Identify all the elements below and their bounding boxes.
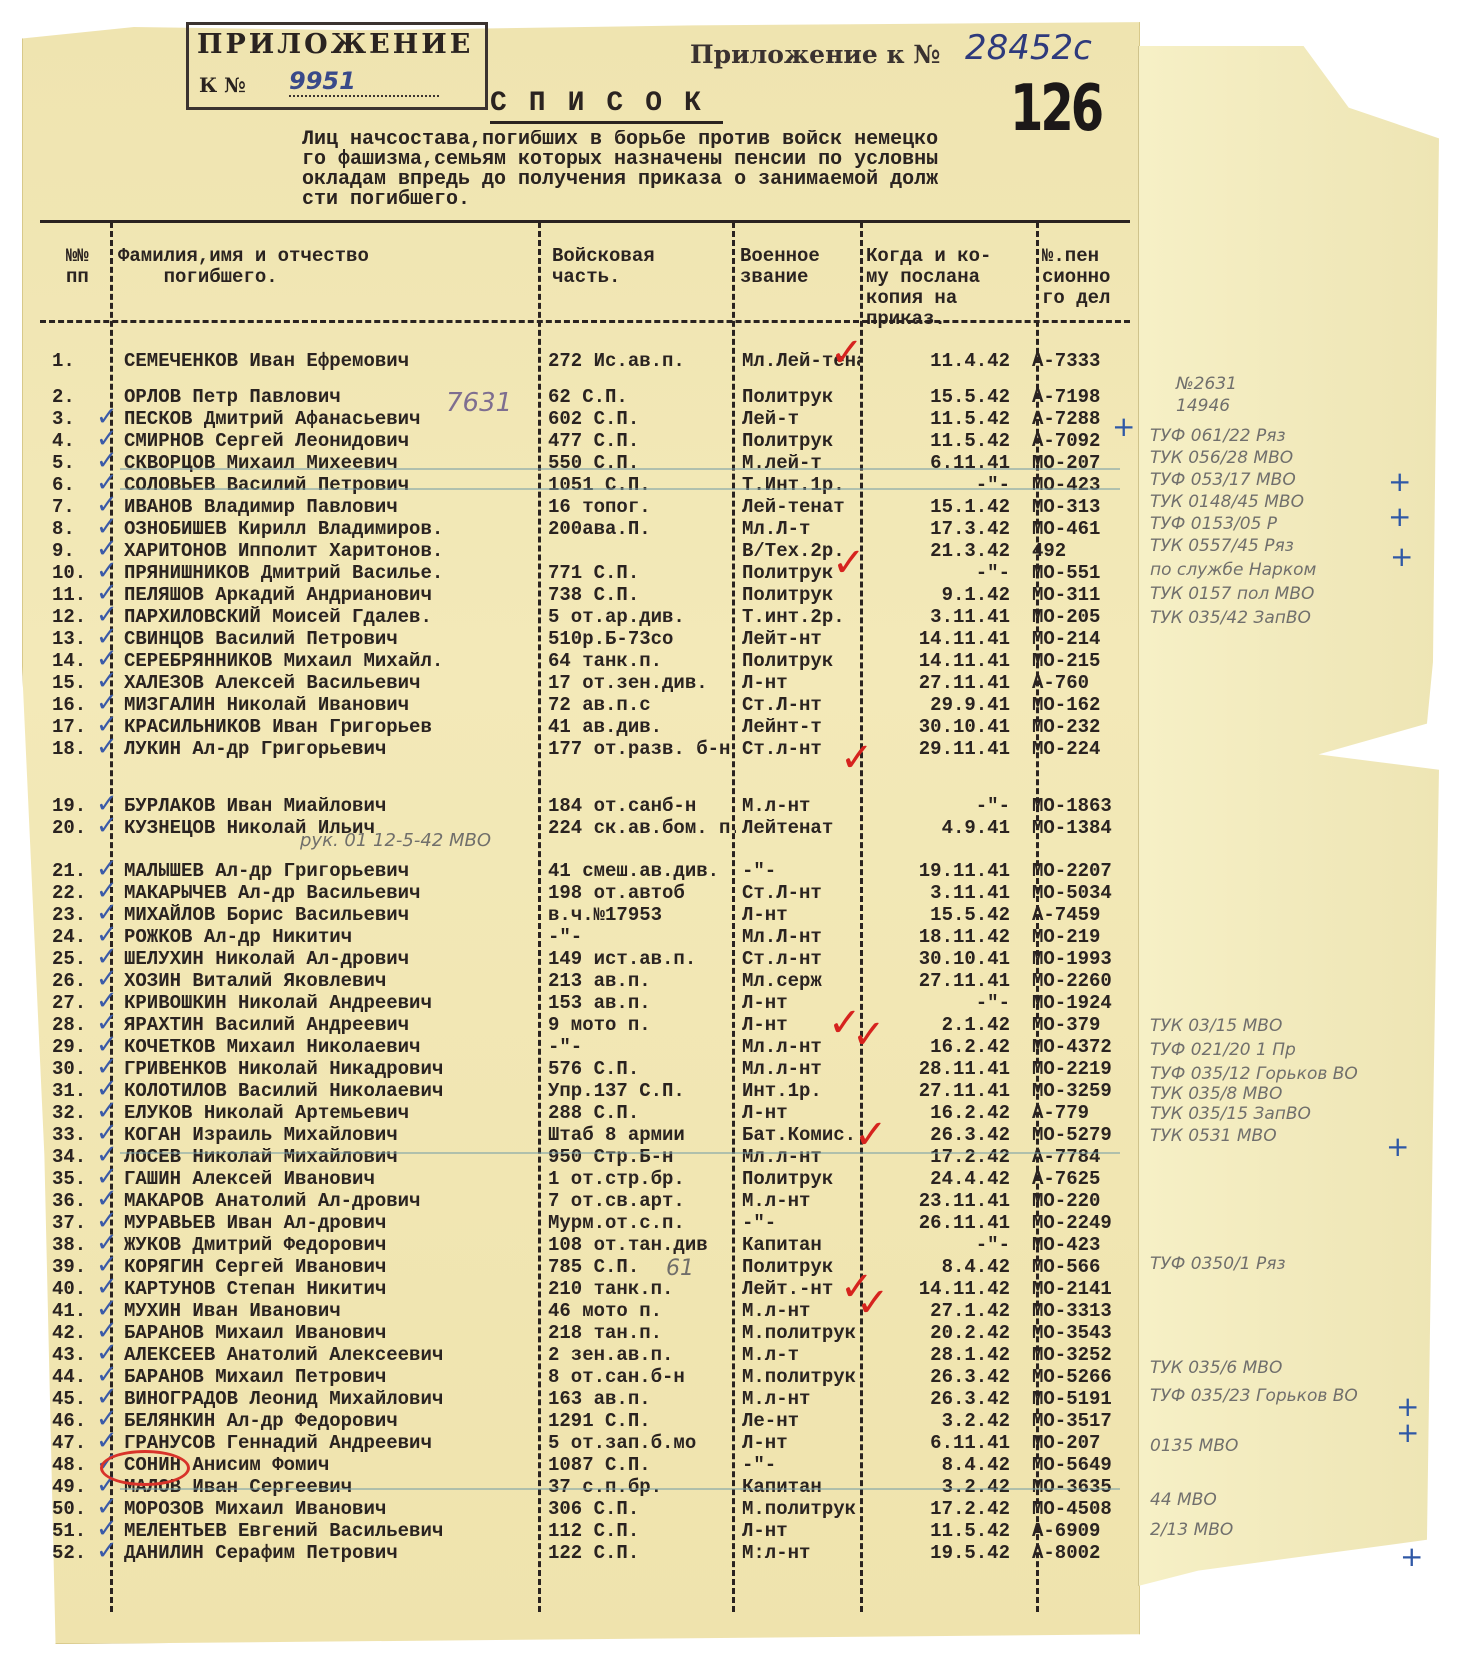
row-date: -"-	[864, 992, 1010, 1014]
row-unit: Мурм.от.с.п.	[548, 1212, 736, 1234]
row-rank: Л-нт	[742, 1432, 860, 1454]
row-unit: 62 С.П.	[548, 386, 736, 408]
row-unit: 785 С.П.	[548, 1256, 736, 1278]
row-date: 11.5.42	[864, 1520, 1010, 1542]
red-circle-annotation	[100, 1450, 190, 1486]
row-unit: 5 от.зап.б.мо	[548, 1432, 736, 1454]
row-date: 26.3.42	[864, 1366, 1010, 1388]
row-unit: 153 ав.п.	[548, 992, 736, 1014]
row-date: 24.4.42	[864, 1168, 1010, 1190]
header-no: №№ пп	[66, 246, 89, 288]
row-pension: МО-219	[1032, 926, 1140, 948]
row-pension: МО-232	[1032, 716, 1140, 738]
row-pension: МО-423	[1032, 1234, 1140, 1256]
row-date: 26.3.42	[864, 1388, 1010, 1410]
row-unit: 122 С.П.	[548, 1542, 736, 1564]
row-pension: МО-162	[1032, 694, 1140, 716]
row-date: 9.1.42	[864, 584, 1010, 606]
column-divider	[860, 222, 863, 1612]
row-pension: МО-2207	[1032, 860, 1140, 882]
row-date: 29.11.41	[864, 738, 1010, 760]
row-name: МАЛОВ Иван Сергеевич	[124, 1476, 542, 1498]
annex-number: 28452с	[965, 28, 1092, 68]
row-pension: МО-551	[1032, 562, 1140, 584]
row-date: 29.9.41	[864, 694, 1010, 716]
row-name: ИВАНОВ Владимир Павлович	[124, 496, 542, 518]
row-pension: МО-423	[1032, 474, 1140, 496]
row-name: КОГАН Израиль Михайлович	[124, 1124, 542, 1146]
row-date: 30.10.41	[864, 716, 1010, 738]
row-date: 11.4.42	[864, 350, 1010, 372]
row-rank: Т.Инт.1р.	[742, 474, 860, 496]
row-unit: 37 с.п.бр.	[548, 1476, 736, 1498]
row-date: 21.3.42	[864, 540, 1010, 562]
row-rank: Капитан	[742, 1234, 860, 1256]
row-rank: М.л-нт	[742, 1190, 860, 1212]
row-unit: 1051 С.П.	[548, 474, 736, 496]
row-unit: 272 Ис.ав.п.	[548, 350, 736, 372]
row-name: МАКАРОВ Анатолий Ал-дрович	[124, 1190, 542, 1212]
row-unit: 198 от.автоб	[548, 882, 736, 904]
row-date: 26.11.41	[864, 1212, 1010, 1234]
row-rank: М.л-т	[742, 1344, 860, 1366]
row-name: СМИРНОВ Сергей Леонидович	[124, 430, 542, 452]
row-rank: М.л-нт	[742, 795, 860, 817]
row-name: КРИВОШКИН Николай Андреевич	[124, 992, 542, 1014]
row-rank: Л-нт	[742, 672, 860, 694]
row-unit: 1087 С.П.	[548, 1454, 736, 1476]
row-pension: МО-3259	[1032, 1080, 1140, 1102]
row-date: 15.5.42	[864, 904, 1010, 926]
blue-check-icon: ✓	[96, 811, 118, 841]
row-pension: А-7333	[1032, 350, 1140, 372]
attached-note-strip	[1138, 46, 1439, 1586]
row-date: -"-	[864, 795, 1010, 817]
row-unit: 9 мото п.	[548, 1014, 736, 1036]
row-pension: МО-205	[1032, 606, 1140, 628]
row-rank: М:л-нт	[742, 1542, 860, 1564]
handwritten-note: ТУК 03/15 МВО	[1150, 1016, 1282, 1036]
row-name: МАКАРЫЧЕВ Ал-др Васильевич	[124, 882, 542, 904]
row-unit: 108 от.тан.див	[548, 1234, 736, 1256]
row-rank: Лей-тенат	[742, 496, 860, 518]
plus-mark-icon: +	[1390, 540, 1413, 573]
document-intro: Лиц начсостава,погибших в борьбе против …	[302, 130, 1122, 210]
row-unit: 64 танк.п.	[548, 650, 736, 672]
row-name: ЕЛУКОВ Николай Артемьевич	[124, 1102, 542, 1124]
row-unit: 224 ск.ав.бом. п.	[548, 817, 736, 839]
row-unit: 41 ав.див.	[548, 716, 736, 738]
row-name: ПАРХИЛОВСКИЙ Моисей Гдалев.	[124, 606, 542, 628]
row-pension: МО-3635	[1032, 1476, 1140, 1498]
row-unit: 46 мото п.	[548, 1300, 736, 1322]
row-unit: 163 ав.п.	[548, 1388, 736, 1410]
row-date: 17.3.42	[864, 518, 1010, 540]
row-rank: -"-	[742, 1212, 860, 1234]
row-unit: 306 С.П.	[548, 1498, 736, 1520]
row-date: 6.11.41	[864, 452, 1010, 474]
row-rank: Мл.серж	[742, 970, 860, 992]
row-date: 17.2.42	[864, 1498, 1010, 1520]
plus-mark-icon: +	[1112, 410, 1135, 443]
header-name: Фамилия,имя и отчество погибшего.	[118, 246, 369, 288]
row-rank: М.л-нт	[742, 1388, 860, 1410]
row-date: 16.2.42	[864, 1036, 1010, 1058]
handwritten-note: ТУК 035/15 ЗапВО	[1150, 1104, 1311, 1124]
row-name: ПЕЛЯШОВ Аркадий Андрианович	[124, 584, 542, 606]
row-rank: М.политрук	[742, 1322, 860, 1344]
row-pension: А-7459	[1032, 904, 1140, 926]
row-pension: МО-379	[1032, 1014, 1140, 1036]
pen-stroke	[120, 468, 1120, 470]
handwritten-note: 14946	[1176, 396, 1230, 416]
handwritten-note: ТУК 0148/45 МВО	[1150, 492, 1304, 512]
red-check-icon: ✓	[832, 540, 866, 586]
handwritten-note: ТУФ 0153/05 Р	[1150, 514, 1277, 534]
handwritten-note: 44 МВО	[1150, 1490, 1217, 1510]
row-date: -"-	[864, 1234, 1010, 1256]
row-unit: 184 от.санб-н	[548, 795, 736, 817]
row-pension: МО-224	[1032, 738, 1140, 760]
row-date: 18.11.42	[864, 926, 1010, 948]
row-rank: Ле-нт	[742, 1410, 860, 1432]
row-rank: Ст.Л-нт	[742, 694, 860, 716]
row-pension: А-7625	[1032, 1168, 1140, 1190]
pen-stroke	[120, 488, 1120, 490]
row-name: МУРАВЬЕВ Иван Ал-дрович	[124, 1212, 542, 1234]
row-pension: МО-1384	[1032, 817, 1140, 839]
handwritten-note: ТУФ 035/12 Горьков ВО	[1150, 1064, 1358, 1084]
row-unit: 7 от.св.арт.	[548, 1190, 736, 1212]
row-rank: М.политрук	[742, 1366, 860, 1388]
row-rank: Лейт-нт	[742, 628, 860, 650]
blue-check-icon: ✓	[96, 732, 118, 762]
row-rank: Л-нт	[742, 1102, 860, 1124]
handwritten-note: ТУК 056/28 МВО	[1150, 448, 1293, 468]
row-date: 4.9.41	[864, 817, 1010, 839]
row-pension: МО-2219	[1032, 1058, 1140, 1080]
row-name: СВИНЦОВ Василий Петрович	[124, 628, 542, 650]
handwritten-note: по службе Нарком	[1150, 560, 1316, 580]
row-name: СЕРЕБРЯННИКОВ Михаил Михайл.	[124, 650, 542, 672]
margin-note: 7631	[446, 388, 512, 418]
row-name: ХАЛЕЗОВ Алексей Васильевич	[124, 672, 542, 694]
row-rank: Бат.Комис.	[742, 1124, 860, 1146]
row-rank: Мл.л-нт	[742, 1146, 860, 1168]
row-rank: Политрук	[742, 386, 860, 408]
row-date: 28.11.41	[864, 1058, 1010, 1080]
handwritten-note: ТУК 035/6 МВО	[1150, 1358, 1282, 1378]
row-pension: МО-2260	[1032, 970, 1140, 992]
red-check-icon: ✓	[856, 1280, 890, 1326]
row-name: ПРЯНИШНИКОВ Дмитрий Василье.	[124, 562, 542, 584]
row-date: 11.5.42	[864, 430, 1010, 452]
row-name: СЕМЕЧЕНКОВ Иван Ефремович	[124, 350, 542, 372]
row-date: 30.10.41	[864, 948, 1010, 970]
handwritten-note: ТУК 035/42 ЗапВО	[1150, 608, 1311, 628]
row-rank: Инт.1р.	[742, 1080, 860, 1102]
row-name: КОРЯГИН Сергей Иванович	[124, 1256, 542, 1278]
row-rank: Политрук	[742, 1168, 860, 1190]
row-date: 3.11.41	[864, 606, 1010, 628]
row-name: МОРОЗОВ Михаил Иванович	[124, 1498, 542, 1520]
plus-mark-icon: +	[1386, 1130, 1409, 1163]
row-name: КОЛОТИЛОВ Василий Николаевич	[124, 1080, 542, 1102]
row-unit: 213 ав.п.	[548, 970, 736, 992]
row-unit: 210 танк.п.	[548, 1278, 736, 1300]
row-pension: А-7784	[1032, 1146, 1140, 1168]
row-unit: 550 С.П.	[548, 452, 736, 474]
row-name: ДАНИЛИН Серафим Петрович	[124, 1542, 542, 1564]
row-rank: Лей-т	[742, 408, 860, 430]
row-pension: МО-220	[1032, 1190, 1140, 1212]
row-name: СКВОРЦОВ Михаил Михеевич	[124, 452, 542, 474]
handwritten-note: 2/13 МВО	[1150, 1520, 1233, 1540]
plus-mark-icon: +	[1396, 1416, 1419, 1449]
row-unit: 602 С.П.	[548, 408, 736, 430]
row-unit: 8 от.сан.б-н	[548, 1366, 736, 1388]
row-pension: МО-4372	[1032, 1036, 1140, 1058]
row-date: -"-	[864, 562, 1010, 584]
row-pension: МО-3543	[1032, 1322, 1140, 1344]
row-rank: Ст.Л-нт	[742, 882, 860, 904]
row-pension: МО-207	[1032, 1432, 1140, 1454]
row-pension: МО-3252	[1032, 1344, 1140, 1366]
document-title: СПИСОК	[490, 88, 723, 124]
margin-note: рук. 01 12-5-42 МВО	[300, 830, 491, 851]
margin-note: 61	[666, 1256, 694, 1281]
plus-mark-icon: +	[1388, 465, 1411, 498]
plus-mark-icon: +	[1388, 500, 1411, 533]
row-pension: МО-313	[1032, 496, 1140, 518]
row-name: ШЕЛУХИН Николай Ал-дрович	[124, 948, 542, 970]
handwritten-note: ТУФ 053/17 МВО	[1150, 470, 1296, 490]
row-date: 28.1.42	[864, 1344, 1010, 1366]
appendix-stamp: ПРИЛОЖЕНИЕ К № 9951	[186, 22, 488, 110]
stamp-title: ПРИЛОЖЕНИЕ	[197, 29, 473, 60]
row-name: РОЖКОВ Ал-др Никитич	[124, 926, 542, 948]
row-unit: 576 С.П.	[548, 1058, 736, 1080]
row-rank: -"-	[742, 1454, 860, 1476]
row-unit: 149 ист.ав.п.	[548, 948, 736, 970]
row-name: КОЧЕТКОВ Михаил Николаевич	[124, 1036, 542, 1058]
handwritten-note: ТУФ 021/20 1 Пр	[1150, 1040, 1296, 1060]
row-date: 27.11.41	[864, 970, 1010, 992]
row-number: 1.	[52, 350, 112, 372]
handwritten-note: №2631	[1176, 374, 1237, 394]
row-rank: Мл.л-нт	[742, 1058, 860, 1080]
red-check-icon: ✓	[830, 330, 864, 376]
row-unit: Упр.137 С.П.	[548, 1080, 736, 1102]
row-rank: М.политрук	[742, 1498, 860, 1520]
header-unit: Войсковая часть.	[552, 246, 655, 288]
row-pension: МО-3517	[1032, 1410, 1140, 1432]
row-pension: МО-5266	[1032, 1366, 1140, 1388]
row-unit: -"-	[548, 926, 736, 948]
row-date: 23.11.41	[864, 1190, 1010, 1212]
row-name: КАРТУНОВ Степан Никитич	[124, 1278, 542, 1300]
pen-stroke	[120, 1488, 1120, 1490]
row-date: 8.4.42	[864, 1256, 1010, 1278]
row-unit: в.ч.№17953	[548, 904, 736, 926]
handwritten-note: 0135 МВО	[1150, 1436, 1238, 1456]
row-pension: 492	[1032, 540, 1140, 562]
row-name: ГРИВЕНКОВ Николай Никадрович	[124, 1058, 542, 1080]
row-rank: Лейтенат	[742, 817, 860, 839]
row-date: 14.11.41	[864, 650, 1010, 672]
row-unit: 72 ав.п.с	[548, 694, 736, 716]
row-pension: МО-566	[1032, 1256, 1140, 1278]
row-pension: МО-2141	[1032, 1278, 1140, 1300]
row-unit: 771 С.П.	[548, 562, 736, 584]
row-name: МИЗГАЛИН Николай Иванович	[124, 694, 542, 716]
row-date: 3.11.41	[864, 882, 1010, 904]
row-pension: МО-215	[1032, 650, 1140, 672]
handwritten-note: ТУК 0557/45 Ряз	[1150, 536, 1294, 556]
row-rank: Л-нт	[742, 1520, 860, 1542]
row-pension: МО-5649	[1032, 1454, 1140, 1476]
row-rank: М.лей-т	[742, 452, 860, 474]
row-name: ЖУКОВ Дмитрий Федорович	[124, 1234, 542, 1256]
row-rank: Мл.Л-нт	[742, 926, 860, 948]
row-date: 27.11.41	[864, 672, 1010, 694]
row-name: МИХАЙЛОВ Борис Васильевич	[124, 904, 542, 926]
annex-label: Приложение к №	[690, 40, 940, 69]
row-unit: 477 С.П.	[548, 430, 736, 452]
row-name: КРАСИЛЬНИКОВ Иван Григорьев	[124, 716, 542, 738]
row-unit: Штаб 8 армии	[548, 1124, 736, 1146]
row-pension: МО-214	[1032, 628, 1140, 650]
row-name: МЕЛЕНТЬЕВ Евгений Васильевич	[124, 1520, 542, 1542]
row-name: АЛЕКСЕЕВ Анатолий Алексеевич	[124, 1344, 542, 1366]
row-unit: 218 тан.п.	[548, 1322, 736, 1344]
row-date: 15.5.42	[864, 386, 1010, 408]
row-unit: 2 зен.ав.п.	[548, 1344, 736, 1366]
row-date: 2.1.42	[864, 1014, 1010, 1036]
row-name: СОЛОВЬЕВ Василий Петрович	[124, 474, 542, 496]
row-date: 3.2.42	[864, 1410, 1010, 1432]
row-name: МУХИН Иван Иванович	[124, 1300, 542, 1322]
row-pension: А-760	[1032, 672, 1140, 694]
handwritten-note: ТУФ 0350/1 Ряз	[1150, 1254, 1286, 1274]
header-sent: Когда и ко- му послана копия на приказ.	[866, 246, 991, 330]
row-pension: МО-1993	[1032, 948, 1140, 970]
row-rank: Политрук	[742, 584, 860, 606]
row-pension: А-779	[1032, 1102, 1140, 1124]
row-name: ХОЗИН Виталий Яковлевич	[124, 970, 542, 992]
row-pension: МО-5191	[1032, 1388, 1140, 1410]
row-unit: 112 С.П.	[548, 1520, 736, 1542]
row-unit: 510р.Б-73со	[548, 628, 736, 650]
row-rank: Т.инт.2р.	[742, 606, 860, 628]
row-unit: -"-	[548, 1036, 736, 1058]
row-date: 6.11.41	[864, 1432, 1010, 1454]
row-unit: 1 от.стр.бр.	[548, 1168, 736, 1190]
row-date: 11.5.42	[864, 408, 1010, 430]
row-pension: А-7198	[1032, 386, 1140, 408]
row-pension: МО-207	[1032, 452, 1140, 474]
row-name: БАРАНОВ Михаил Петрович	[124, 1366, 542, 1388]
row-unit: 738 С.П.	[548, 584, 736, 606]
row-pension: МО-4508	[1032, 1498, 1140, 1520]
red-check-icon: ✓	[852, 1012, 886, 1058]
stamp-number-label: К №	[199, 73, 246, 97]
row-name: БЕЛЯНКИН Ал-др Федорович	[124, 1410, 542, 1432]
row-date: 19.11.41	[864, 860, 1010, 882]
row-pension: МО-3313	[1032, 1300, 1140, 1322]
header-pension: №.пен сионно го дел	[1042, 246, 1110, 309]
row-rank: -"-	[742, 860, 860, 882]
row-name: ЛОСЕВ Николай Михайлович	[124, 1146, 542, 1168]
row-pension: МО-1863	[1032, 795, 1140, 817]
row-date: 3.2.42	[864, 1476, 1010, 1498]
row-pension: МО-5279	[1032, 1124, 1140, 1146]
row-rank: Мл.Л-т	[742, 518, 860, 540]
handwritten-note: ТУФ 035/23 Горьков ВО	[1150, 1386, 1358, 1406]
handwritten-note: ТУК 035/8 МВО	[1150, 1084, 1282, 1104]
row-pension: МО-461	[1032, 518, 1140, 540]
row-date: 19.5.42	[864, 1542, 1010, 1564]
pen-stroke	[120, 1152, 1120, 1154]
handwritten-note: ТУК 0157 пол МВО	[1150, 584, 1314, 604]
row-pension: МО-311	[1032, 584, 1140, 606]
row-name: БУРЛАКОВ Иван Миайлович	[124, 795, 542, 817]
table-top-rule	[40, 220, 1130, 223]
red-check-icon: ✓	[840, 735, 874, 781]
row-date: 8.4.42	[864, 1454, 1010, 1476]
row-unit: 41 смеш.ав.див.	[548, 860, 736, 882]
row-date: 15.1.42	[864, 496, 1010, 518]
row-name: ОЗНОБИШЕВ Кирилл Владимиров.	[124, 518, 542, 540]
row-name: ВИНОГРАДОВ Леонид Михайлович	[124, 1388, 542, 1410]
row-unit: 200ава.П.	[548, 518, 736, 540]
header-rank: Военное звание	[740, 246, 820, 288]
row-rank: Л-нт	[742, 904, 860, 926]
row-pension: А-6909	[1032, 1520, 1140, 1542]
row-date: -"-	[864, 474, 1010, 496]
row-unit: 5 от.ар.див.	[548, 606, 736, 628]
stamp-number: 9951	[289, 67, 439, 97]
row-pension: А-8002	[1032, 1542, 1140, 1564]
row-unit: 177 от.разв. б-н	[548, 738, 736, 760]
blue-check-icon: ✓	[96, 1536, 118, 1566]
row-unit: 17 от.зен.див.	[548, 672, 736, 694]
row-rank: Капитан	[742, 1476, 860, 1498]
row-name: БАРАНОВ Михаил Иванович	[124, 1322, 542, 1344]
row-name: ХАРИТОНОВ Ипполит Харитонов.	[124, 540, 542, 562]
row-pension: МО-1924	[1032, 992, 1140, 1014]
row-pension: МО-2249	[1032, 1212, 1140, 1234]
row-rank: Политрук	[742, 650, 860, 672]
row-unit: 16 топог.	[548, 496, 736, 518]
row-name: МАЛЫШЕВ Ал-др Григорьевич	[124, 860, 542, 882]
row-unit: 1291 С.П.	[548, 1410, 736, 1432]
row-date: 27.11.41	[864, 1080, 1010, 1102]
row-pension: МО-5034	[1032, 882, 1140, 904]
row-name: ГРАНУСОВ Геннадий Андреевич	[124, 1432, 542, 1454]
row-name: ЯРАХТИН Василий Андреевич	[124, 1014, 542, 1036]
handwritten-note: ТУК 0531 МВО	[1150, 1126, 1277, 1146]
row-name: ГАШИН Алексей Иванович	[124, 1168, 542, 1190]
row-date: 14.11.41	[864, 628, 1010, 650]
row-name: ЛУКИН Ал-др Григорьевич	[124, 738, 542, 760]
row-unit: 288 С.П.	[548, 1102, 736, 1124]
handwritten-note: ТУФ 061/22 Ряз	[1150, 426, 1286, 446]
row-rank: Ст.л-нт	[742, 948, 860, 970]
row-unit: 950 Стр.Б-н	[548, 1146, 736, 1168]
plus-mark-icon: +	[1400, 1540, 1423, 1573]
row-rank: Политрук	[742, 430, 860, 452]
